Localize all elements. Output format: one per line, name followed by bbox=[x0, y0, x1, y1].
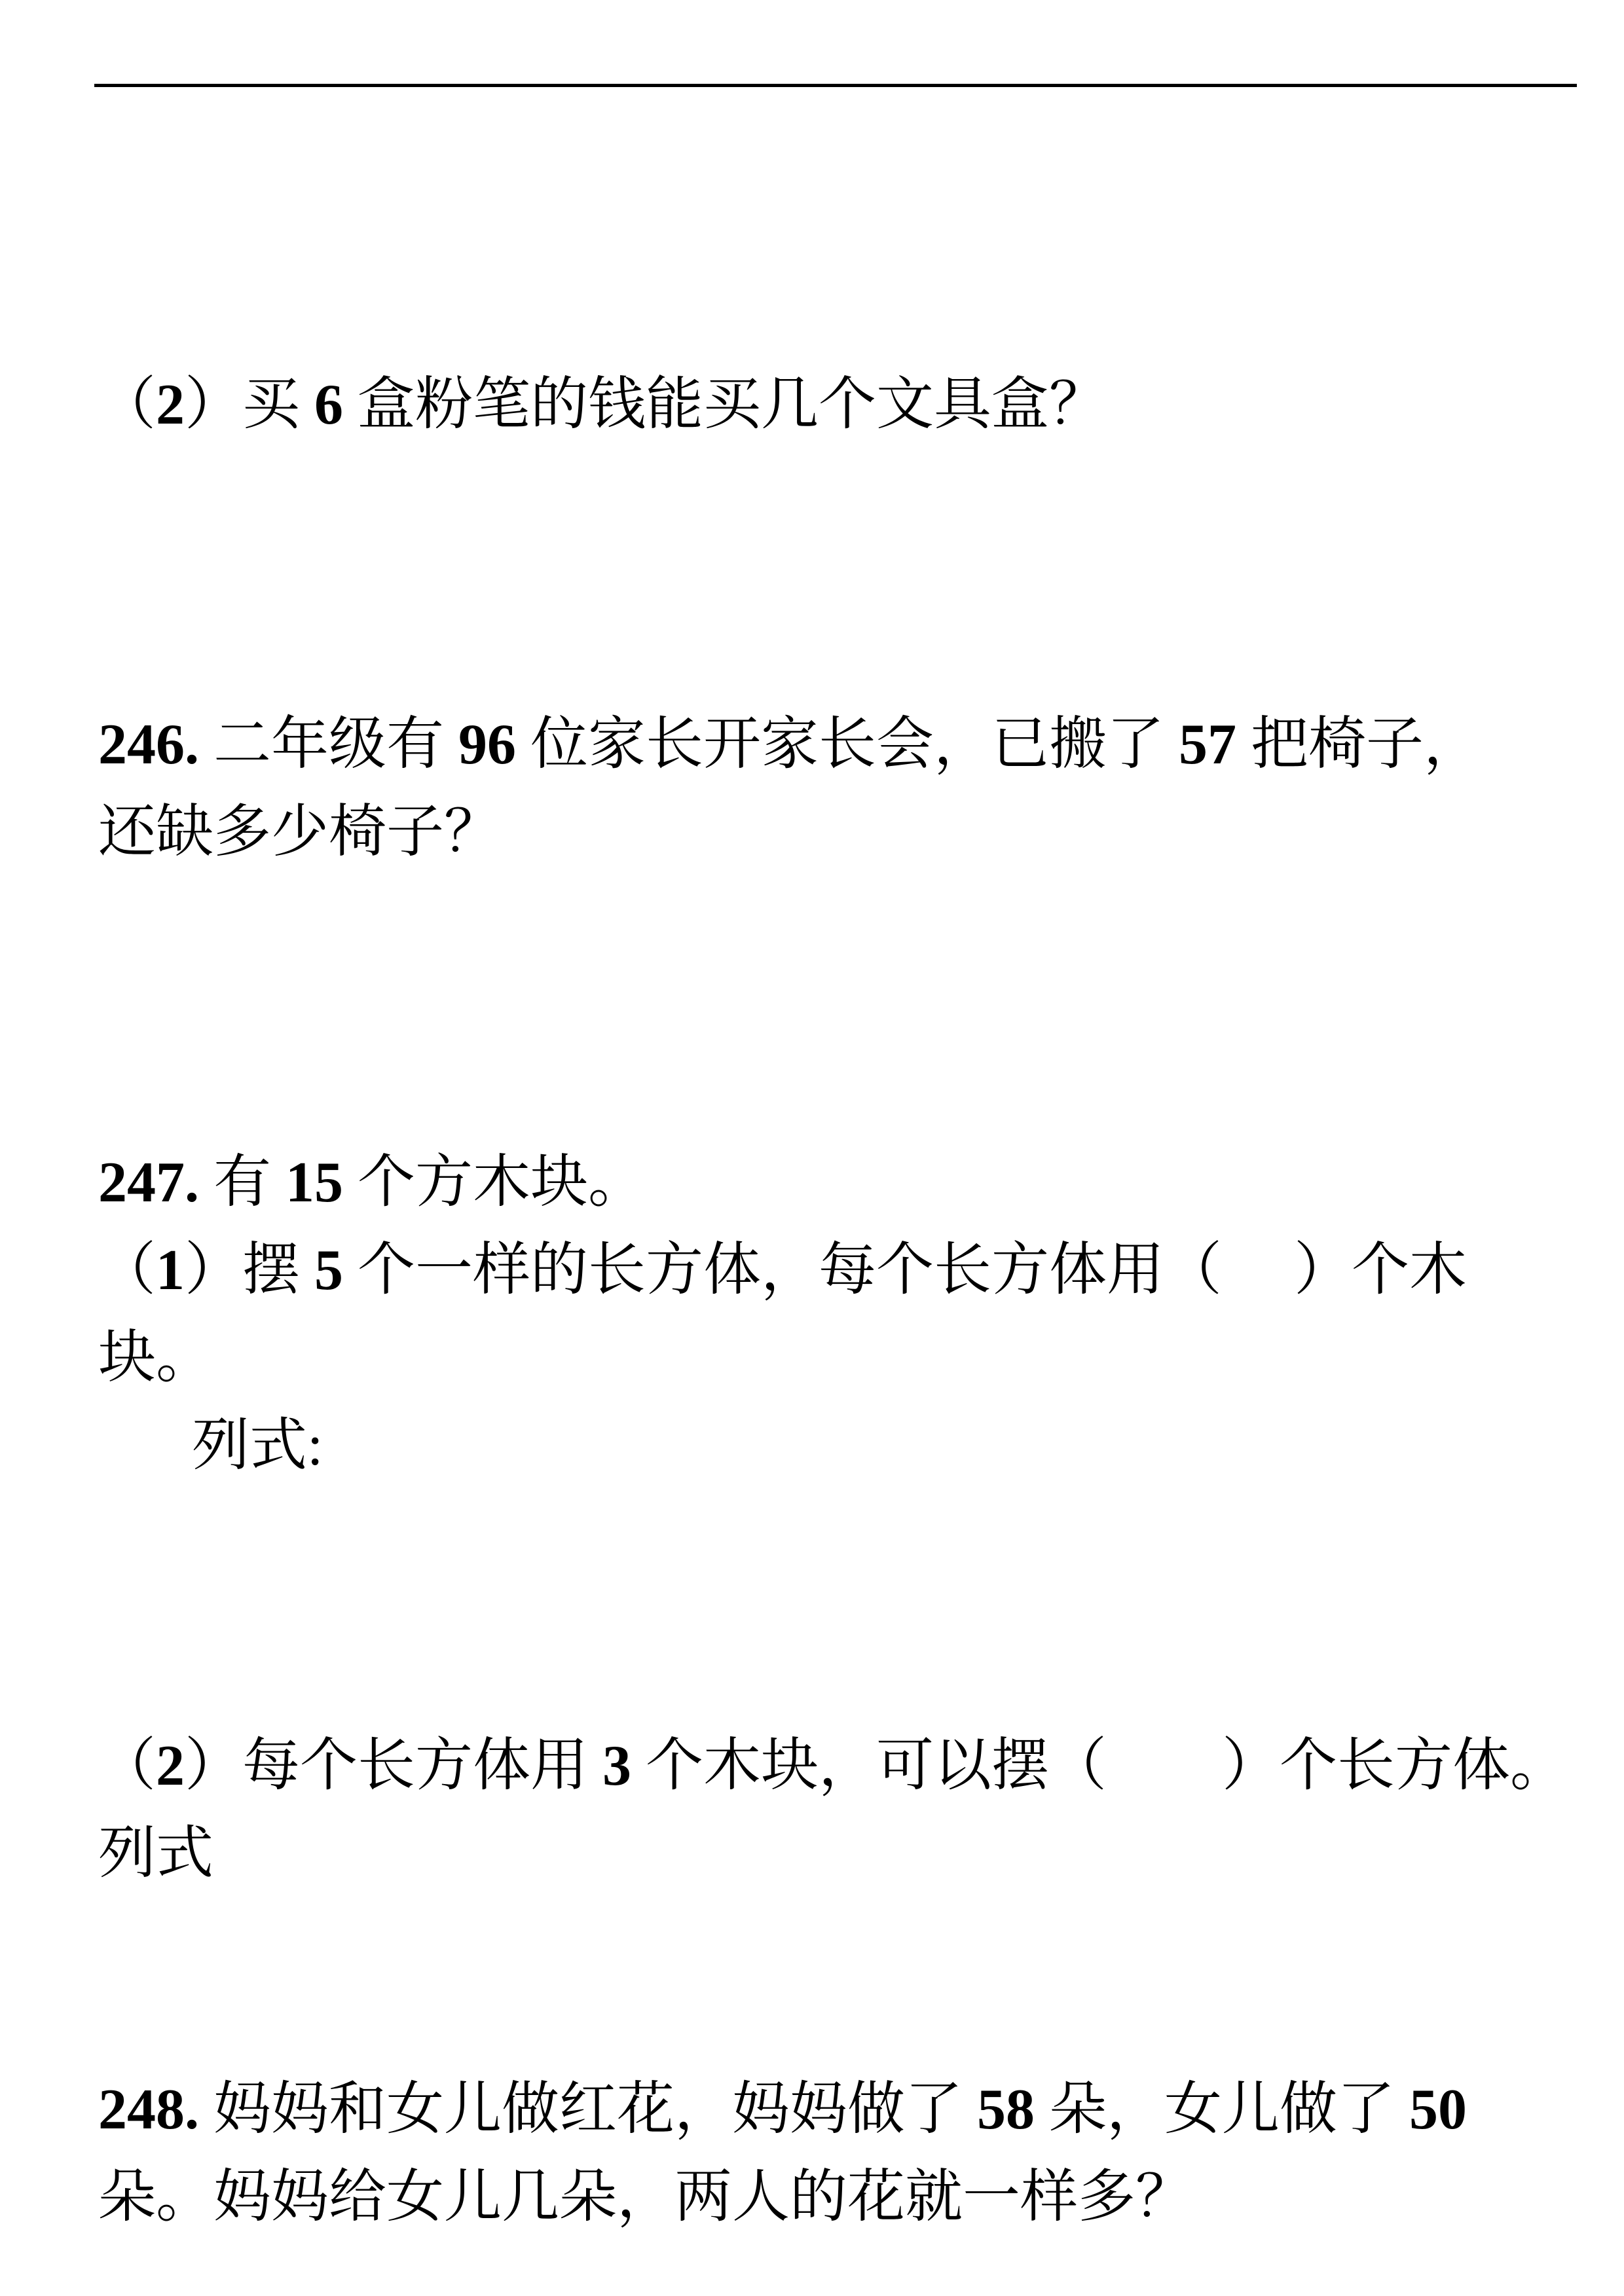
cjk-text: 个一样的长方体，每个长方体用（ ）个木 bbox=[343, 1239, 1467, 1302]
number-text: 1 bbox=[156, 1239, 185, 1302]
cjk-text: 列式: bbox=[192, 1414, 323, 1478]
number-text: 2 bbox=[156, 373, 185, 437]
number-text: 247. bbox=[98, 1151, 199, 1214]
cjk-text: 有 bbox=[199, 1151, 286, 1214]
cjk-text: 还缺多少椅子？ bbox=[98, 801, 502, 864]
cjk-text: 位家长开家长会，已搬了 bbox=[516, 713, 1179, 776]
text-line: 朵。妈妈给女儿几朵，两人的花就一样多？ bbox=[98, 2154, 1604, 2242]
cjk-text: 把椅子， bbox=[1236, 713, 1481, 776]
number-text: 6 bbox=[314, 373, 343, 437]
cjk-text: 块。 bbox=[98, 1326, 213, 1390]
cjk-text: 个方木块。 bbox=[343, 1151, 646, 1214]
problem-246: 246. 二年级有 96 位家长开家长会，已搬了 57 把椅子， 还缺多少椅子？ bbox=[98, 701, 1604, 877]
number-text: 57 bbox=[1179, 713, 1236, 776]
number-text: 246. bbox=[98, 713, 199, 776]
cjk-text: （ bbox=[98, 1239, 156, 1302]
text-line: （2）买 6 盒粉笔的钱能买几个文具盒？ bbox=[98, 361, 1604, 449]
number-text: 248. bbox=[98, 2078, 199, 2141]
cjk-text: 朵。妈妈给女儿几朵，两人的花就一样多？ bbox=[98, 2166, 1193, 2229]
cjk-text: 朵，女儿做了 bbox=[1035, 2078, 1409, 2141]
cjk-text: ）每个长方体用 bbox=[185, 1734, 602, 1798]
text-line: 248. 妈妈和女儿做红花，妈妈做了 58 朵，女儿做了 50 bbox=[98, 2066, 1604, 2154]
cjk-text: 个木块，可以摆（ ）个长方体。 bbox=[631, 1734, 1568, 1798]
number-text: 58 bbox=[977, 2078, 1035, 2141]
number-text: 96 bbox=[458, 713, 516, 776]
problem-248: 248. 妈妈和女儿做红花，妈妈做了 58 朵，女儿做了 50 朵。妈妈给女儿几… bbox=[98, 2066, 1604, 2242]
number-text: 3 bbox=[602, 1734, 631, 1798]
cjk-text: 盒粉笔的钱能买几个文具盒？ bbox=[343, 373, 1107, 437]
problem-continuation-sub2: （2）买 6 盒粉笔的钱能买几个文具盒？ bbox=[98, 361, 1604, 449]
text-line: 还缺多少椅子？ bbox=[98, 789, 1604, 877]
cjk-text: ）买 bbox=[185, 373, 314, 437]
cjk-text: 二年级有 bbox=[199, 713, 458, 776]
text-line: 块。 bbox=[98, 1315, 1604, 1402]
equation-prompt-line: 列式 bbox=[98, 1810, 1604, 1898]
problem-247-sub2: （2）每个长方体用 3 个木块，可以摆（ ）个长方体。 列式 bbox=[98, 1722, 1604, 1898]
cjk-text: 妈妈和女儿做红花，妈妈做了 bbox=[199, 2078, 977, 2141]
number-text: 50 bbox=[1409, 2078, 1467, 2141]
text-line: 246. 二年级有 96 位家长开家长会，已搬了 57 把椅子， bbox=[98, 701, 1604, 789]
cjk-text: （ bbox=[98, 1734, 156, 1798]
cjk-text: ）摆 bbox=[185, 1239, 314, 1302]
text-line: （2）每个长方体用 3 个木块，可以摆（ ）个长方体。 bbox=[98, 1722, 1604, 1810]
number-text: 5 bbox=[314, 1239, 343, 1302]
header-divider-rule bbox=[94, 84, 1577, 87]
cjk-text: 列式 bbox=[98, 1822, 213, 1886]
text-line: 247. 有 15 个方木块。 bbox=[98, 1139, 1604, 1227]
equation-prompt-line: 列式: bbox=[98, 1402, 1604, 1490]
worksheet-page: （2）买 6 盒粉笔的钱能买几个文具盒？ 246. 二年级有 96 位家长开家长… bbox=[0, 0, 1624, 2296]
problem-247: 247. 有 15 个方木块。 （1）摆 5 个一样的长方体，每个长方体用（ ）… bbox=[98, 1139, 1604, 1490]
text-line: （1）摆 5 个一样的长方体，每个长方体用（ ）个木 bbox=[98, 1227, 1604, 1315]
number-text: 2 bbox=[156, 1734, 185, 1798]
cjk-text: （ bbox=[98, 373, 156, 437]
number-text: 15 bbox=[286, 1151, 343, 1214]
